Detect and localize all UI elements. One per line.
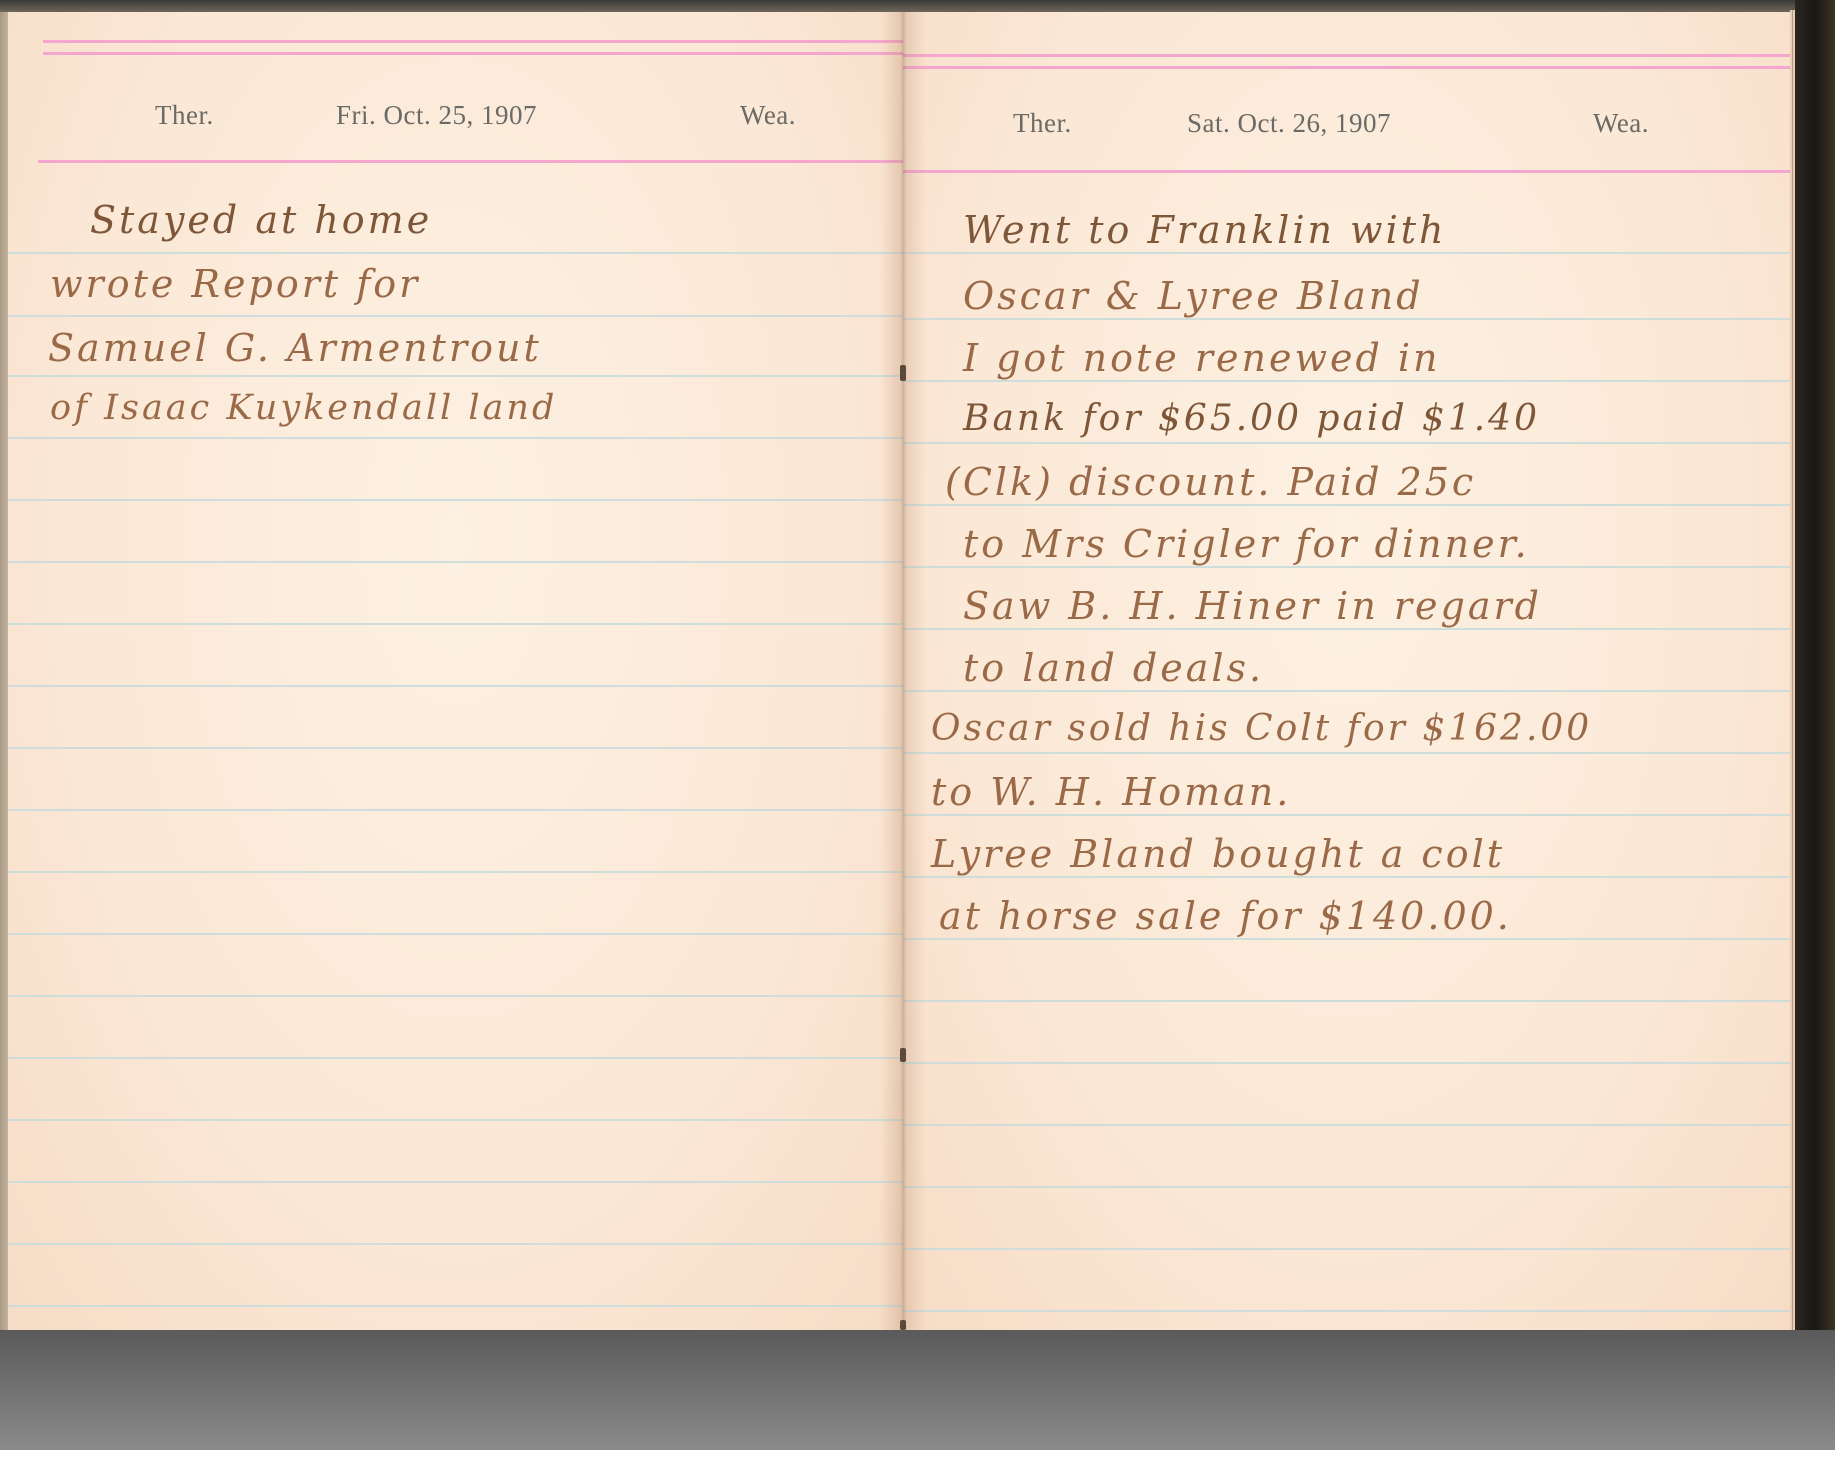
book-gutter [880, 12, 926, 1330]
ruled-line [903, 380, 1791, 382]
binding-stitch [900, 365, 906, 381]
header-rule-under [38, 160, 903, 163]
ruled-line [8, 933, 903, 935]
ruled-line [8, 995, 903, 997]
handwritten-line: (Clk) discount. Paid 25c [945, 460, 1476, 504]
weather-label: Wea. [1593, 108, 1649, 139]
handwritten-line: Oscar & Lyree Bland [963, 274, 1424, 318]
handwritten-line: of Isaac Kuykendall land [50, 388, 557, 428]
ruled-line [8, 871, 903, 873]
ruled-line [8, 561, 903, 563]
ruled-line [8, 1119, 903, 1121]
diary-scan: Ther. Fri. Oct. 25, 1907 Wea. Stayed at … [0, 0, 1835, 1466]
ruled-line [903, 1124, 1791, 1126]
ruled-line [903, 1186, 1791, 1188]
header-double-rule-bottom [903, 66, 1791, 69]
right-page: Ther. Sat. Oct. 26, 1907 Wea. Went to Fr… [903, 12, 1791, 1330]
ruled-line [903, 938, 1791, 940]
handwritten-line: Went to Franklin with [963, 208, 1446, 252]
header-double-rule-top [903, 54, 1791, 57]
ruled-line [8, 623, 903, 625]
ruled-line [903, 566, 1791, 568]
binding-stitch [900, 1048, 906, 1062]
handwritten-line: to Mrs Crigler for dinner. [963, 522, 1530, 566]
thermometer-label: Ther. [155, 100, 214, 131]
ruled-line [8, 252, 903, 254]
ruled-line [8, 499, 903, 501]
handwritten-line: at horse sale for $140.00. [939, 894, 1512, 938]
ruled-line [8, 1181, 903, 1183]
scanner-background [0, 1330, 1835, 1450]
ruled-line [903, 876, 1791, 878]
binding-stitch [900, 1320, 906, 1330]
handwritten-line: I got note renewed in [963, 336, 1441, 380]
ruled-line [903, 1310, 1791, 1312]
handwritten-line: Lyree Bland bought a colt [931, 832, 1505, 876]
ruled-line [8, 685, 903, 687]
handwritten-line: Bank for $65.00 paid $1.40 [963, 398, 1540, 439]
handwritten-line: Saw B. H. Hiner in regard [963, 584, 1542, 628]
ruled-line [903, 1000, 1791, 1002]
ruled-line [8, 375, 903, 377]
ruled-line [8, 747, 903, 749]
handwritten-line: to land deals. [963, 646, 1264, 690]
left-page: Ther. Fri. Oct. 25, 1907 Wea. Stayed at … [8, 12, 903, 1330]
ruled-line [8, 315, 903, 317]
ruled-line [903, 442, 1791, 444]
ruled-line [903, 628, 1791, 630]
entry-date: Sat. Oct. 26, 1907 [1187, 108, 1391, 139]
handwritten-line: Stayed at home [90, 198, 432, 242]
header-double-rule-bottom [43, 52, 903, 55]
ruled-line [903, 1062, 1791, 1064]
ruled-line [903, 318, 1791, 320]
handwritten-line: Oscar sold his Colt for $162.00 [931, 708, 1592, 749]
entry-date: Fri. Oct. 25, 1907 [336, 100, 537, 131]
ruled-line [8, 809, 903, 811]
scan-margin [0, 1450, 1835, 1466]
header-rule-under [903, 170, 1791, 173]
weather-label: Wea. [740, 100, 796, 131]
ruled-line [8, 1057, 903, 1059]
ruled-line [903, 252, 1791, 254]
ruled-line [8, 1243, 903, 1245]
ruled-line [903, 690, 1791, 692]
ruled-line [903, 504, 1791, 506]
ruled-line [8, 437, 903, 439]
ruled-line [903, 752, 1791, 754]
book-cover-top [0, 0, 1835, 12]
ruled-line [903, 814, 1791, 816]
handwritten-line: wrote Report for [50, 262, 420, 306]
handwritten-line: Samuel G. Armentrout [48, 326, 542, 370]
book-cover-right [1795, 0, 1835, 1330]
handwritten-line: to W. H. Homan. [931, 770, 1291, 814]
thermometer-label: Ther. [1013, 108, 1072, 139]
header-double-rule-top [43, 40, 903, 43]
ruled-line [8, 1305, 903, 1307]
ruled-line [903, 1248, 1791, 1250]
